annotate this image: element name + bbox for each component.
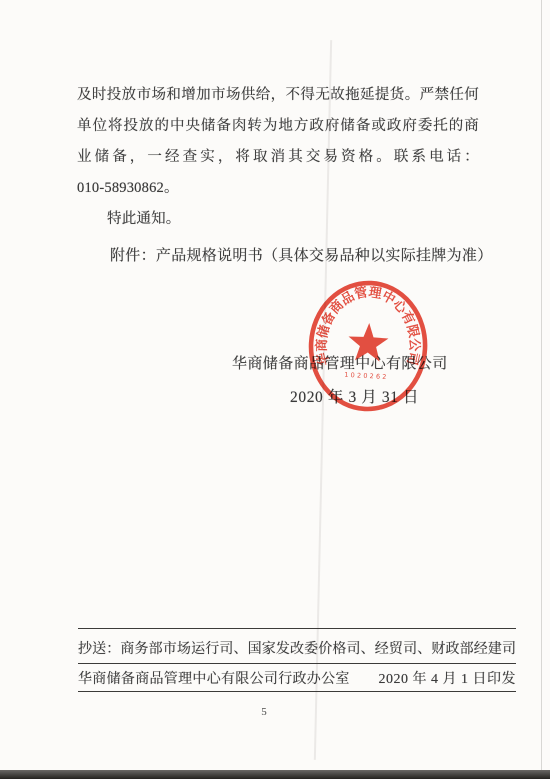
body-line-1: 及时投放市场和增加市场供给，不得无故拖延提货。严禁任何 xyxy=(77,80,479,111)
contact-phone-number: 010-58930862。 xyxy=(77,173,479,204)
body-line-3: 业储备，一经查实，将取消其交易资格。联系电话： xyxy=(77,142,479,173)
footer-issuing-office: 华商储备商品管理中心有限公司行政办公室 xyxy=(78,668,350,688)
closing-line: 特此通知。 xyxy=(77,204,479,235)
body-line-2: 单位将投放的中央储备肉转为地方政府储备或政府委托的商 xyxy=(77,111,479,142)
attachment-reference: 附件：产品规格说明书（具体交易品种以实际挂牌为准） xyxy=(110,244,493,265)
scanned-notice-page: 及时投放市场和增加市场供给，不得无故拖延提货。严禁任何 单位将投放的中央储备肉转… xyxy=(0,0,550,779)
seal-graphic: 华商储备商品管理中心有限公司 1020262 xyxy=(300,275,435,420)
scan-edge-line xyxy=(541,0,542,779)
seal-serial-number: 1020262 xyxy=(344,371,389,381)
footer-cc-line: 抄送：商务部市场运行司、国家发改委价格司、经贸司、财政部经建司 xyxy=(78,638,516,658)
footer-issue-line: 华商储备商品管理中心有限公司行政办公室 2020 年 4 月 1 日印发 xyxy=(78,668,516,688)
footer-rule-bottom xyxy=(78,691,516,692)
footer-print-date: 2020 年 4 月 1 日印发 xyxy=(379,668,517,688)
notice-body: 及时投放市场和增加市场供给，不得无故拖延提货。严禁任何 单位将投放的中央储备肉转… xyxy=(77,80,479,235)
official-red-seal: 华商储备商品管理中心有限公司 1020262 xyxy=(300,275,435,420)
page-number: 5 xyxy=(248,706,280,718)
scan-bottom-edge xyxy=(0,770,550,779)
footer-rule-middle xyxy=(78,663,516,664)
footer-rule-top xyxy=(78,628,516,629)
red-star-icon xyxy=(347,322,389,362)
